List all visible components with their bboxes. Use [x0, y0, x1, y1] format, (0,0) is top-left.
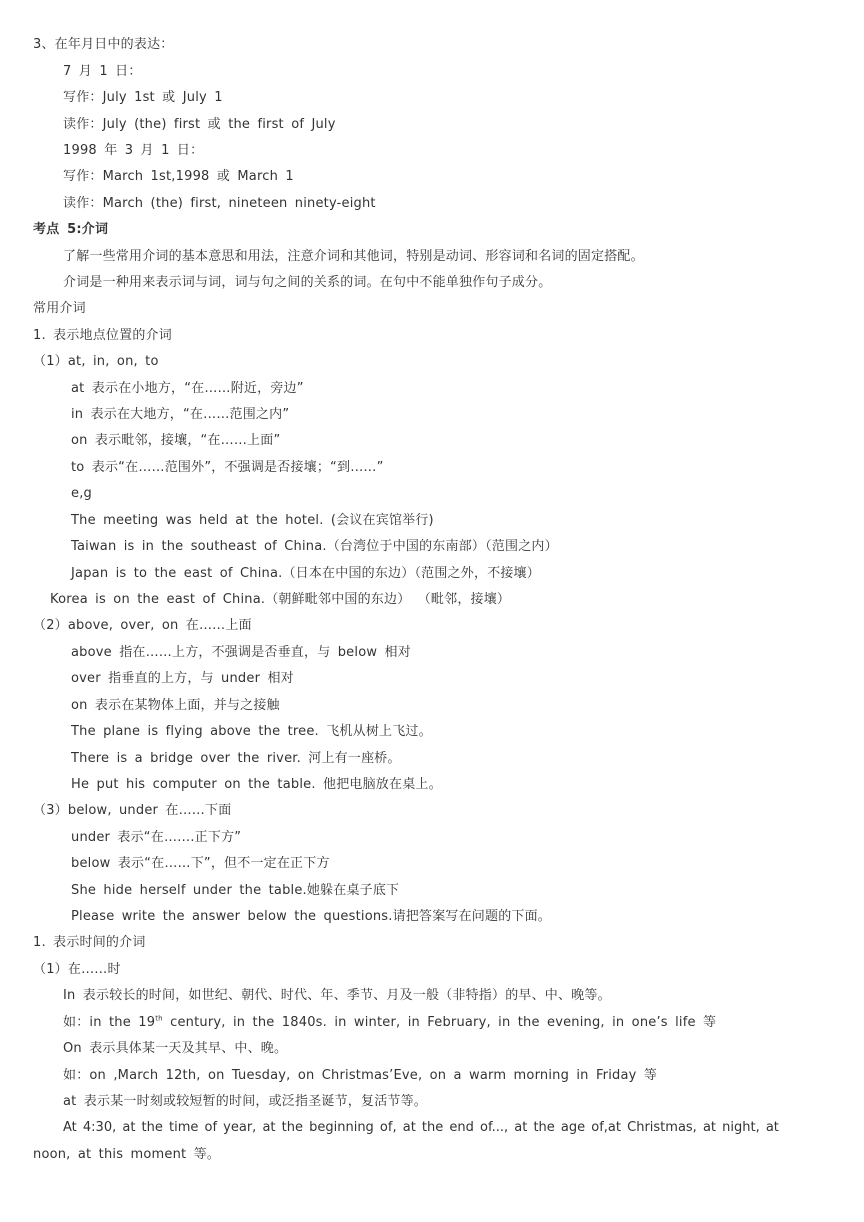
ordinal-superscript: th [155, 1015, 163, 1023]
definition-line: over 指垂直的上方，与 under 相对 [71, 670, 294, 688]
list-item-heading: （2）above, over, on 在……上面 [33, 617, 252, 635]
list-item-heading: （3）below, under 在……下面 [33, 802, 231, 820]
definition-line: in 表示在大地方，“在……范围之内” [71, 406, 289, 424]
definition-line: On 表示具体某一天及其早、中、晚。 [63, 1040, 287, 1058]
subheading-time-prepositions: 1. 表示时间的介词 [33, 934, 146, 952]
example-prefix: 如：in the 19 [63, 1015, 155, 1030]
paragraph: 了解一些常用介词的基本意思和用法，注意介词和其他词，特别是动词、形容词和名词的固… [63, 248, 644, 266]
definition-line: In 表示较长的时间，如世纪、朝代、时代、年、季节、月及一般（非特指）的早、中、… [63, 987, 611, 1005]
date-writing: 写作：July 1st 或 July 1 [63, 89, 223, 107]
example-sentence: 如：in the 19th century, in the 1840s. in … [63, 1014, 716, 1032]
example-sentence: He put his computer on the table. 他把电脑放在… [71, 776, 442, 794]
example-sentence-continued: noon, at this moment 等。 [33, 1146, 220, 1164]
date-writing: 写作：March 1st,1998 或 March 1 [63, 168, 294, 186]
example-sentence: There is a bridge over the river. 河上有一座桥… [71, 750, 401, 768]
example-sentence: The plane is flying above the tree. 飞机从树… [71, 723, 432, 741]
date-reading: 读作：July (the) first 或 the first of July [63, 116, 336, 134]
definition-line: at 表示在小地方，“在……附近，旁边” [71, 380, 304, 398]
example-sentence: She hide herself under the table.她躲在桌子底下 [71, 882, 399, 900]
definition-line: under 表示“在…….正下方” [71, 829, 241, 847]
definition-line: above 指在……上方，不强调是否垂直，与 below 相对 [71, 644, 411, 662]
list-item-heading: （1）在……时 [33, 961, 121, 979]
example-sentence: At 4:30, at the time of year, at the beg… [63, 1119, 779, 1137]
paragraph: 介词是一种用来表示词与词，词与句之间的关系的词。在句中不能单独作句子成分。 [63, 274, 551, 292]
definition-line: at 表示某一时刻或较短暂的时间，或泛指圣诞节，复活节等。 [63, 1093, 427, 1111]
date-example-label: 7 月 1 日： [63, 63, 142, 81]
subheading-common-prepositions: 常用介词 [33, 300, 86, 318]
definition-line: below 表示“在……下”，但不一定在正下方 [71, 855, 330, 873]
example-sentence: 如：on ,March 12th, on Tuesday, on Christm… [63, 1067, 657, 1085]
definition-line: to 表示“在……范围外”，不强调是否接壤；“到……” [71, 459, 384, 477]
example-sentence: Please write the answer below the questi… [71, 908, 551, 926]
definition-line: on 表示毗邻，接壤，“在……上面” [71, 432, 280, 450]
example-sentence: Korea is on the east of China.（朝鲜毗邻中国的东边… [50, 591, 510, 609]
section-heading-dates: 3、在年月日中的表达： [33, 36, 173, 54]
document-page: 3、在年月日中的表达： 7 月 1 日： 写作：July 1st 或 July … [0, 0, 864, 1222]
subheading-place-prepositions: 1. 表示地点位置的介词 [33, 327, 172, 345]
example-suffix: century, in the 1840s. in winter, in Feb… [163, 1015, 716, 1030]
example-sentence: The meeting was held at the hotel. (会议在宾… [71, 512, 434, 530]
example-sentence: Taiwan is in the southeast of China.（台湾位… [71, 538, 558, 556]
date-reading: 读作：March (the) first, nineteen ninety-ei… [63, 195, 376, 213]
section-heading-prepositions: 考点 5:介词 [33, 221, 108, 239]
definition-line: on 表示在某物体上面，并与之接触 [71, 697, 280, 715]
date-example-label: 1998 年 3 月 1 日： [63, 142, 203, 160]
list-item-heading: （1）at, in, on, to [33, 353, 159, 371]
example-sentence: Japan is to the east of China.（日本在中国的东边）… [71, 565, 540, 583]
example-label: e,g [71, 485, 92, 503]
